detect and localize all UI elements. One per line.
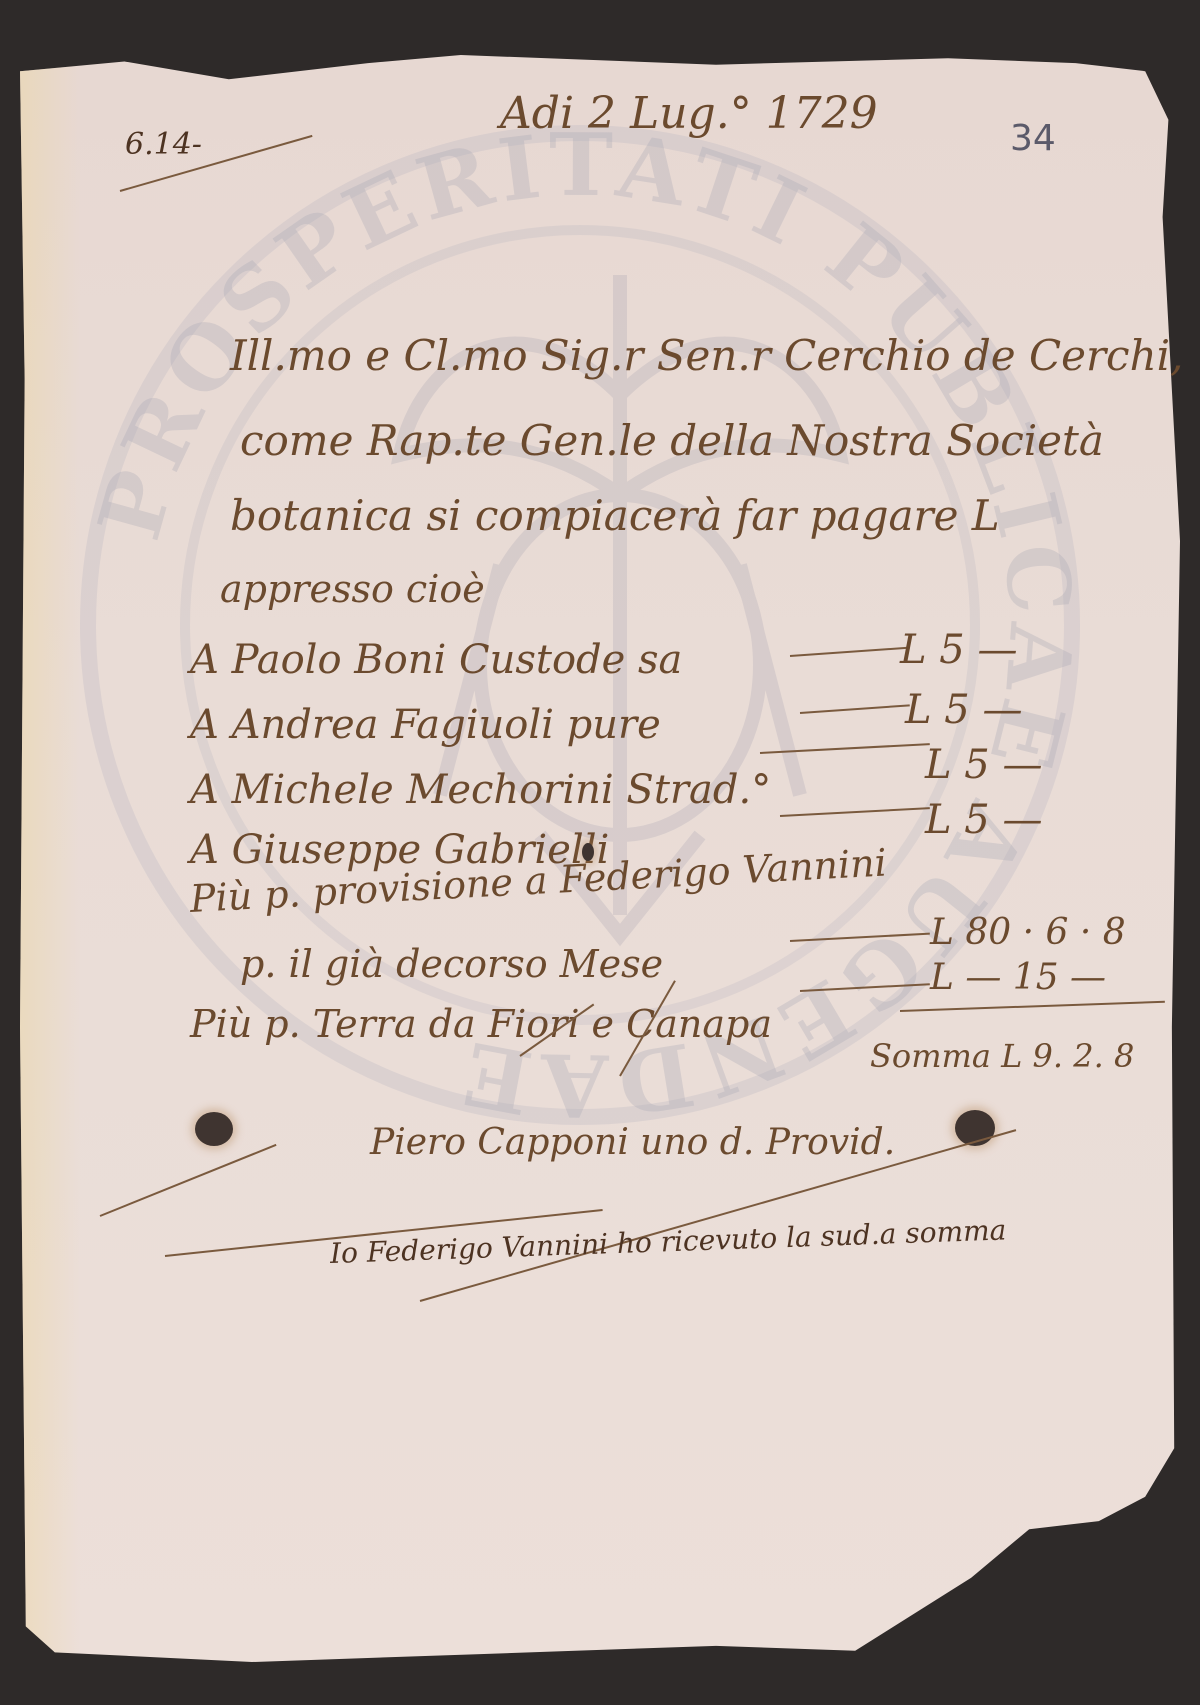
entry-amount: L 5 — <box>905 690 1022 730</box>
body-line-3: botanica si compiacerà far pagare L <box>230 495 1000 537</box>
entry-amount: L 5 — <box>925 745 1042 785</box>
entry-amount: L 5 — <box>900 630 1017 670</box>
body-line-4: appresso cioè <box>220 570 485 608</box>
entry-amount: L 80 · 6 · 8 <box>930 915 1126 951</box>
entry-label: p. il già decorso Mese <box>240 945 663 983</box>
margin-note: 6.14- <box>125 130 202 160</box>
entry-label: A Paolo Boni Custode sa <box>190 640 682 680</box>
entry-label: A Andrea Fagiuoli pure <box>190 705 661 745</box>
signature-piero-capponi: Piero Capponi uno d. Provid. <box>370 1125 895 1161</box>
ink-blot <box>195 1112 233 1146</box>
folio-number: 34 <box>1010 118 1056 159</box>
paper-edge-discoloration <box>20 55 80 1675</box>
entry-amount: L 5 — <box>925 800 1042 840</box>
entry-label: A Michele Mechorini Strad.° <box>190 770 771 810</box>
entry-label: Più p. Terra da Fiori e Canapa <box>190 1005 772 1043</box>
ink-spot <box>582 843 594 861</box>
entry-amount: L — 15 — <box>930 960 1106 996</box>
body-line-1: Ill.mo e Cl.mo Sig.r Sen.r Cerchio de Ce… <box>230 335 1183 377</box>
total-amount: Somma L 9. 2. 8 <box>870 1040 1134 1072</box>
body-line-2: come Rap.te Gen.le della Nostra Società <box>240 420 1104 462</box>
date-line: Adi 2 Lug.° 1729 <box>500 92 878 136</box>
